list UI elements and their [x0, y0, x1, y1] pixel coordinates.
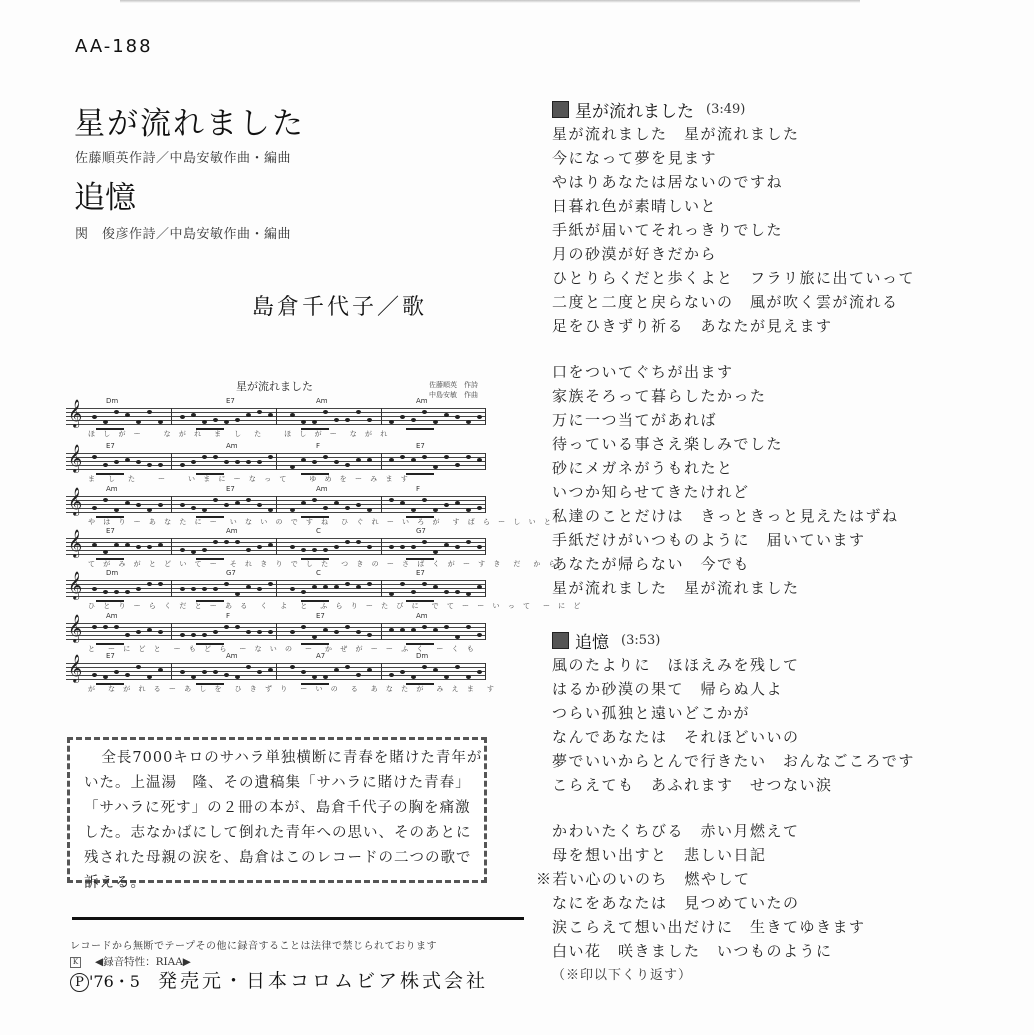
music-note: [92, 455, 97, 459]
music-note: [400, 415, 405, 419]
music-note: [136, 503, 141, 507]
music-note: [356, 585, 361, 589]
lyric-line: 万に一つ当てがあれば: [552, 408, 992, 432]
music-note: [433, 628, 438, 632]
music-note: [455, 665, 460, 669]
music-note: [246, 548, 251, 552]
lyric-line: 砂にメガネがうもれたと: [552, 456, 992, 480]
song-title-1: 星が流れました: [74, 98, 305, 143]
bar-line: [276, 663, 277, 680]
music-note: [103, 675, 108, 679]
music-note: [301, 625, 306, 629]
music-note: [235, 460, 240, 464]
music-note: [367, 582, 372, 586]
music-note: [334, 585, 339, 589]
lyric-line: かわいたくちびる 赤い月燃えて: [552, 819, 992, 843]
music-note: [213, 670, 218, 674]
music-note: [367, 633, 372, 637]
bar-line: [381, 623, 382, 640]
bar-line: [381, 496, 382, 513]
chord-symbol: Am: [316, 485, 328, 493]
music-note: [180, 463, 185, 467]
chord-symbol: E7: [226, 485, 235, 493]
bar-line: [485, 496, 486, 513]
chord-symbol: A7: [316, 652, 325, 660]
music-note: [235, 592, 240, 596]
music-note: [444, 625, 449, 629]
music-note: [433, 550, 438, 554]
music-note: [202, 548, 207, 552]
score-credit-lyricist: 佐藤順英 作詩: [429, 380, 478, 390]
music-note: [114, 670, 119, 674]
music-note: [290, 665, 295, 669]
music-note: [312, 585, 317, 589]
catalog-number: AA-188: [75, 36, 153, 57]
music-note: [235, 675, 240, 679]
chord-symbol: Am: [416, 397, 428, 405]
lyric-line: あなたが帰らない 今でも: [552, 552, 992, 576]
treble-clef-icon: 𝄞: [68, 656, 82, 680]
music-note: [92, 543, 97, 547]
music-note: [257, 545, 262, 549]
music-note: [268, 508, 273, 512]
music-note: [389, 458, 394, 462]
music-note: [422, 582, 427, 586]
music-note: [213, 630, 218, 634]
score-lyric-row: が な が れ る ー あ し を ひ き ず り ー い の る あ な た …: [88, 684, 497, 694]
music-note: [400, 455, 405, 459]
music-note: [191, 413, 196, 417]
publisher-row: P'76・5発売元・日本コロムビア株式会社: [70, 966, 488, 993]
music-note: [224, 420, 229, 424]
music-note: [433, 508, 438, 512]
lyrics-duration-1: (3:49): [706, 102, 745, 117]
music-note: [180, 503, 185, 507]
bar-line: [171, 408, 172, 425]
bar-line: [485, 538, 486, 555]
music-note: [268, 543, 273, 547]
stanza-gap: [552, 797, 992, 819]
bar-line: [276, 453, 277, 470]
music-note: [444, 675, 449, 679]
score-lyric-row: ほ し が ー な が れ ま し た ほ し が ー な が れ: [88, 429, 390, 439]
music-note: [312, 460, 317, 464]
lyrics-heading-1: 星が流れました (3:49): [552, 96, 992, 122]
music-note: [422, 540, 427, 544]
chord-symbol: F: [316, 442, 320, 450]
music-note: [103, 420, 108, 424]
chord-symbol: Am: [226, 652, 238, 660]
music-note: [158, 668, 163, 672]
music-note: [202, 670, 207, 674]
chord-symbol: E7: [316, 612, 325, 620]
bar-line: [276, 538, 277, 555]
treble-clef-icon: 𝄞: [68, 531, 82, 555]
music-note: [147, 463, 152, 467]
music-note: [334, 630, 339, 634]
music-note: [312, 420, 317, 424]
music-note: [92, 506, 97, 510]
music-note: [477, 545, 482, 549]
music-note: [268, 668, 273, 672]
lyric-line: なんであなたは それほどいいの: [552, 725, 992, 749]
music-note: [422, 665, 427, 669]
music-note: [136, 630, 141, 634]
chord-symbol: G7: [226, 569, 236, 577]
music-note: [356, 673, 361, 677]
lyric-line: やはりあなたは居ないのですね: [552, 170, 992, 194]
music-note: [257, 410, 262, 414]
music-note: [290, 630, 295, 634]
chord-symbol: Dm: [106, 569, 118, 577]
music-note: [191, 460, 196, 464]
music-note: [235, 625, 240, 629]
release-date: '76・5: [89, 972, 140, 991]
bar-line: [171, 580, 172, 597]
music-note: [103, 463, 108, 467]
music-note: [136, 665, 141, 669]
music-note: [213, 418, 218, 422]
chord-symbol: E7: [226, 397, 235, 405]
music-note: [444, 590, 449, 594]
music-note: [422, 410, 427, 414]
note-beam: [406, 428, 434, 430]
bar-line: [381, 408, 382, 425]
music-note: [147, 545, 152, 549]
music-note: [411, 508, 416, 512]
music-note: [158, 503, 163, 507]
music-note: [422, 498, 427, 502]
music-note: [411, 545, 416, 549]
music-note: [103, 625, 108, 629]
music-note: [268, 455, 273, 459]
music-note: [257, 630, 262, 634]
music-note: [433, 465, 438, 469]
music-note: [323, 548, 328, 552]
music-note: [345, 625, 350, 629]
lyric-line: 涙こらえて想い出だけに 生きてゆきます: [552, 915, 992, 939]
music-note: [290, 508, 295, 512]
music-note: [466, 675, 471, 679]
music-note: [455, 590, 460, 594]
music-note: [191, 633, 196, 637]
bar-line: [485, 663, 486, 680]
music-note: [147, 508, 152, 512]
music-note: [400, 501, 405, 505]
bar-line: [171, 496, 172, 513]
music-note: [268, 582, 273, 586]
music-note: [345, 665, 350, 669]
music-staff: 𝄞DmG7CE7: [66, 580, 486, 596]
music-note: [180, 670, 185, 674]
music-note: [290, 587, 295, 591]
music-staff: 𝄞AmE7AmF: [66, 496, 486, 512]
music-note: [411, 418, 416, 422]
score-lyric-row: て が み が と ど い て ー そ れ き り で し た つ き の ー …: [88, 559, 559, 569]
music-note: [224, 503, 229, 507]
music-note: [334, 460, 339, 464]
music-note: [389, 628, 394, 632]
music-note: [235, 418, 240, 422]
bar-line: [276, 580, 277, 597]
music-note: [213, 498, 218, 502]
bar-line: [381, 663, 382, 680]
music-note: [367, 458, 372, 462]
music-note: [147, 410, 152, 414]
lyric-line: 夢でいいからとんで行きたい おんなごころです: [552, 749, 992, 773]
music-note: [136, 587, 141, 591]
legal-notice: レコードから無断でテープその他に録音することは法律で禁じられております: [70, 937, 437, 952]
liner-note-text: 全長7000キロのサハラ単独横断に青春を賭けた青年がいた。上温湯 隆、その遺稿集…: [84, 746, 484, 896]
lyric-line: こらえても あふれます せつない涙: [552, 773, 992, 797]
music-note: [334, 668, 339, 672]
music-note: [147, 582, 152, 586]
music-note: [477, 633, 482, 637]
music-note: [466, 592, 471, 596]
music-note: [202, 508, 207, 512]
chord-symbol: E7: [106, 442, 115, 450]
music-note: [323, 410, 328, 414]
music-note: [466, 420, 471, 424]
lyric-line: 待っている事さえ楽しみでした: [552, 432, 992, 456]
music-note: [466, 625, 471, 629]
music-note: [114, 590, 119, 594]
lyric-line: 月の砂漠が好きだから: [552, 242, 992, 266]
chord-symbol: C: [316, 569, 321, 577]
music-note: [92, 673, 97, 677]
chord-symbol: F: [226, 612, 230, 620]
music-staff: 𝄞DmE7AmAm: [66, 408, 486, 424]
music-note: [444, 503, 449, 507]
music-note: [246, 630, 251, 634]
music-note: [367, 508, 372, 512]
music-note: [301, 420, 306, 424]
music-note: [444, 455, 449, 459]
stanza-gap: [552, 338, 992, 360]
music-note: [345, 418, 350, 422]
bar-line: [485, 580, 486, 597]
chord-symbol: Am: [106, 612, 118, 620]
lyrics-song-1: 星が流れました (3:49) 星が流れました 星が流れました今になって夢を見ます…: [552, 96, 992, 600]
music-note: [422, 455, 427, 459]
bar-line: [485, 408, 486, 425]
music-note: [125, 501, 130, 505]
bar-line: [171, 623, 172, 640]
music-note: [301, 670, 306, 674]
music-note: [345, 506, 350, 510]
chord-symbol: E7: [106, 652, 115, 660]
music-note: [125, 413, 130, 417]
music-note: [290, 545, 295, 549]
music-note: [191, 506, 196, 510]
music-note: [125, 673, 130, 677]
lyric-line: 今になって夢を見ます: [552, 146, 992, 170]
treble-clef-icon: 𝄞: [68, 401, 82, 425]
music-note: [158, 420, 163, 424]
chord-symbol: E7: [416, 569, 425, 577]
bar-line: [171, 663, 172, 680]
chord-symbol: Am: [226, 442, 238, 450]
music-note: [389, 673, 394, 677]
bar-line: [276, 496, 277, 513]
treble-clef-icon: 𝄞: [68, 573, 82, 597]
music-note: [125, 633, 130, 637]
chord-symbol: Dm: [416, 652, 428, 660]
music-note: [92, 415, 97, 419]
stanza: 風のたよりに ほほえみを残してはるか砂漠の果て 帰らぬ人よつらい孤独と遠いどこか…: [552, 653, 992, 797]
music-note: [213, 540, 218, 544]
music-note: [246, 413, 251, 417]
music-note: [202, 587, 207, 591]
music-note: [400, 545, 405, 549]
music-note: [114, 625, 119, 629]
score-lyric-row: ひ と り ー ら く だ と ー あ る く よ と ふ ら り ー た び …: [88, 601, 583, 611]
lyrics-duration-2: (3:53): [621, 633, 660, 648]
chord-symbol: Dm: [106, 397, 118, 405]
music-note: [290, 465, 295, 469]
music-note: [422, 625, 427, 629]
music-note: [411, 675, 416, 679]
music-note: [224, 673, 229, 677]
bar-line: [485, 453, 486, 470]
lyric-line: はるか砂漠の果て 帰らぬ人よ: [552, 677, 992, 701]
music-note: [136, 420, 141, 424]
music-note: [323, 675, 328, 679]
chord-symbol: G7: [416, 527, 426, 535]
lyric-line: 足をひきずり祈る あなたが見えます: [552, 314, 992, 338]
music-note: [455, 463, 460, 467]
music-note: [455, 501, 460, 505]
square-marker-icon: [552, 101, 569, 118]
music-note: [180, 415, 185, 419]
music-note: [224, 460, 229, 464]
music-note: [114, 460, 119, 464]
bar-line: [276, 623, 277, 640]
music-note: [389, 592, 394, 596]
music-note: [433, 420, 438, 424]
page-top-edge-shadow: [120, 0, 860, 3]
music-note: [125, 458, 130, 462]
music-note: [477, 458, 482, 462]
music-note: [136, 545, 141, 549]
chord-symbol: Am: [106, 485, 118, 493]
music-note: [367, 668, 372, 672]
music-note: [466, 508, 471, 512]
music-note: [147, 628, 152, 632]
music-note: [411, 628, 416, 632]
music-staff: 𝄞E7AmA7Dm: [66, 663, 486, 679]
music-note: [356, 458, 361, 462]
square-marker-icon: [552, 632, 569, 649]
treble-clef-icon: 𝄞: [68, 446, 82, 470]
music-note: [125, 543, 130, 547]
score-title: 星が流れました: [236, 378, 313, 394]
music-note: [356, 503, 361, 507]
music-note: [92, 587, 97, 591]
chord-symbol: C: [316, 527, 321, 535]
music-note: [301, 458, 306, 462]
music-note: [92, 625, 97, 629]
music-note: [158, 630, 163, 634]
lyric-line: ※若い心のいのち 燃やして: [536, 867, 992, 891]
lyric-line: なにをあなたは 見つめていたの: [552, 891, 992, 915]
music-staff: 𝄞E7AmFE7: [66, 453, 486, 469]
music-note: [301, 548, 306, 552]
music-note: [433, 668, 438, 672]
lyrics-song-2: 追憶 (3:53) 風のたよりに ほほえみを残してはるか砂漠の果て 帰らぬ人よつ…: [552, 627, 992, 989]
music-note: [235, 540, 240, 544]
music-note: [466, 455, 471, 459]
music-note: [411, 590, 416, 594]
music-note: [301, 590, 306, 594]
lyric-line: 私達のことだけは きっときっと見えたはずね: [552, 504, 992, 528]
lyric-line: 日暮れ色が素晴しいと: [552, 194, 992, 218]
music-note: [191, 587, 196, 591]
bar-line: [381, 538, 382, 555]
treble-clef-icon: 𝄞: [68, 616, 82, 640]
bar-line: [276, 408, 277, 425]
score-credit-composer: 中島安敏 作曲: [429, 390, 478, 400]
music-note: [213, 587, 218, 591]
music-note: [334, 501, 339, 505]
lyric-line: 二度と二度と戻らないの 風が吹く雲が流れる: [552, 290, 992, 314]
bar-line: [381, 580, 382, 597]
repeat-note: （※印以下くり返す）: [552, 963, 992, 989]
bar-line: [381, 453, 382, 470]
music-note: [334, 545, 339, 549]
music-note: [158, 582, 163, 586]
music-note: [257, 460, 262, 464]
singer-credit: 島倉千代子／歌: [252, 290, 427, 321]
music-note: [114, 508, 119, 512]
music-note: [477, 415, 482, 419]
music-note: [301, 501, 306, 505]
music-note: [367, 418, 372, 422]
lyrics-heading-2: 追憶 (3:53): [552, 627, 992, 653]
music-note: [323, 506, 328, 510]
score-credit: 佐藤順英 作詩 中島安敏 作曲: [429, 380, 478, 400]
music-note: [477, 670, 482, 674]
bar-line: [171, 453, 172, 470]
lyric-line: いつか知らせてきたけれど: [552, 480, 992, 504]
music-note: [202, 455, 207, 459]
music-note: [356, 540, 361, 544]
score-lyric-row: ま し た ー い ま に ー な っ て ゆ め を ー み ま す: [88, 474, 411, 484]
music-note: [334, 418, 339, 422]
music-note: [323, 585, 328, 589]
music-note: [103, 590, 108, 594]
music-note: [246, 498, 251, 502]
music-note: [477, 585, 482, 589]
music-note: [180, 587, 185, 591]
music-note: [224, 625, 229, 629]
lyric-line: つらい孤独と遠いどこかが: [552, 701, 992, 725]
chord-symbol: F: [416, 485, 420, 493]
music-note: [246, 585, 251, 589]
music-note: [466, 540, 471, 544]
music-note: [312, 635, 317, 639]
music-note: [367, 545, 372, 549]
music-note: [224, 540, 229, 544]
music-note: [213, 455, 218, 459]
music-note: [158, 543, 163, 547]
chord-symbol: Am: [226, 527, 238, 535]
music-note: [345, 463, 350, 467]
music-note: [400, 628, 405, 632]
music-note: [246, 460, 251, 464]
music-note: [202, 420, 207, 424]
lyrics-title-2: 追憶: [575, 628, 609, 653]
